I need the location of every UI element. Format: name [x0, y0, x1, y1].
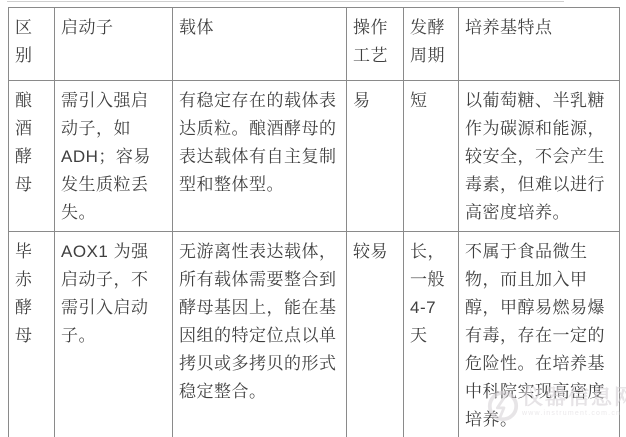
cell-vector: 有稳定存在的载体表达质粒。酿酒酵母的表达载体有自主复制型和整体型。	[173, 81, 347, 232]
cell-cycle: 长，一般4-7天	[404, 232, 459, 437]
cell-medium: 不属于食品微生物，而且加入甲醇，甲醇易燃易爆有毒，存在一定的危险性。在培养基中科…	[459, 232, 620, 437]
header-cell-process: 操作工艺	[347, 8, 404, 81]
cell-process: 易	[347, 81, 404, 232]
header-cell-promoter: 启动子	[55, 8, 173, 81]
cell-organism: 酿酒酵母	[9, 81, 55, 232]
cell-cycle: 短	[404, 81, 459, 232]
cell-promoter: 需引入强启动子，如 ADH；容易发生质粒丢失。	[55, 81, 173, 232]
cell-vector: 无游离性表达载体，所有载体需要整合到酵母基因上，能在基因组的特定位点以单拷贝或多…	[173, 232, 347, 437]
yeast-comparison-table: 区别 启动子 载体 操作工艺 发酵周期 培养基特点 酿酒酵母 需引入强启动子，如…	[8, 7, 620, 437]
cell-process: 较易	[347, 232, 404, 437]
table-row: 酿酒酵母 需引入强启动子，如 ADH；容易发生质粒丢失。 有稳定存在的载体表达质…	[9, 81, 620, 232]
header-cell-medium: 培养基特点	[459, 8, 620, 81]
cell-medium: 以葡萄糖、半乳糖作为碳源和能源，较安全，不会产生毒素，但难以进行高密度培养。	[459, 81, 620, 232]
cell-organism: 毕赤酵母	[9, 232, 55, 437]
table-header-row: 区别 启动子 载体 操作工艺 发酵周期 培养基特点	[9, 8, 620, 81]
header-cell-vector: 载体	[173, 8, 347, 81]
header-cell-difference: 区别	[9, 8, 55, 81]
header-cell-cycle: 发酵周期	[404, 8, 459, 81]
top-edge-artifact-line	[7, 1, 564, 2]
cell-promoter: AOX1 为强启动子，不需引入启动子。	[55, 232, 173, 437]
table-row: 毕赤酵母 AOX1 为强启动子，不需引入启动子。 无游离性表达载体，所有载体需要…	[9, 232, 620, 437]
